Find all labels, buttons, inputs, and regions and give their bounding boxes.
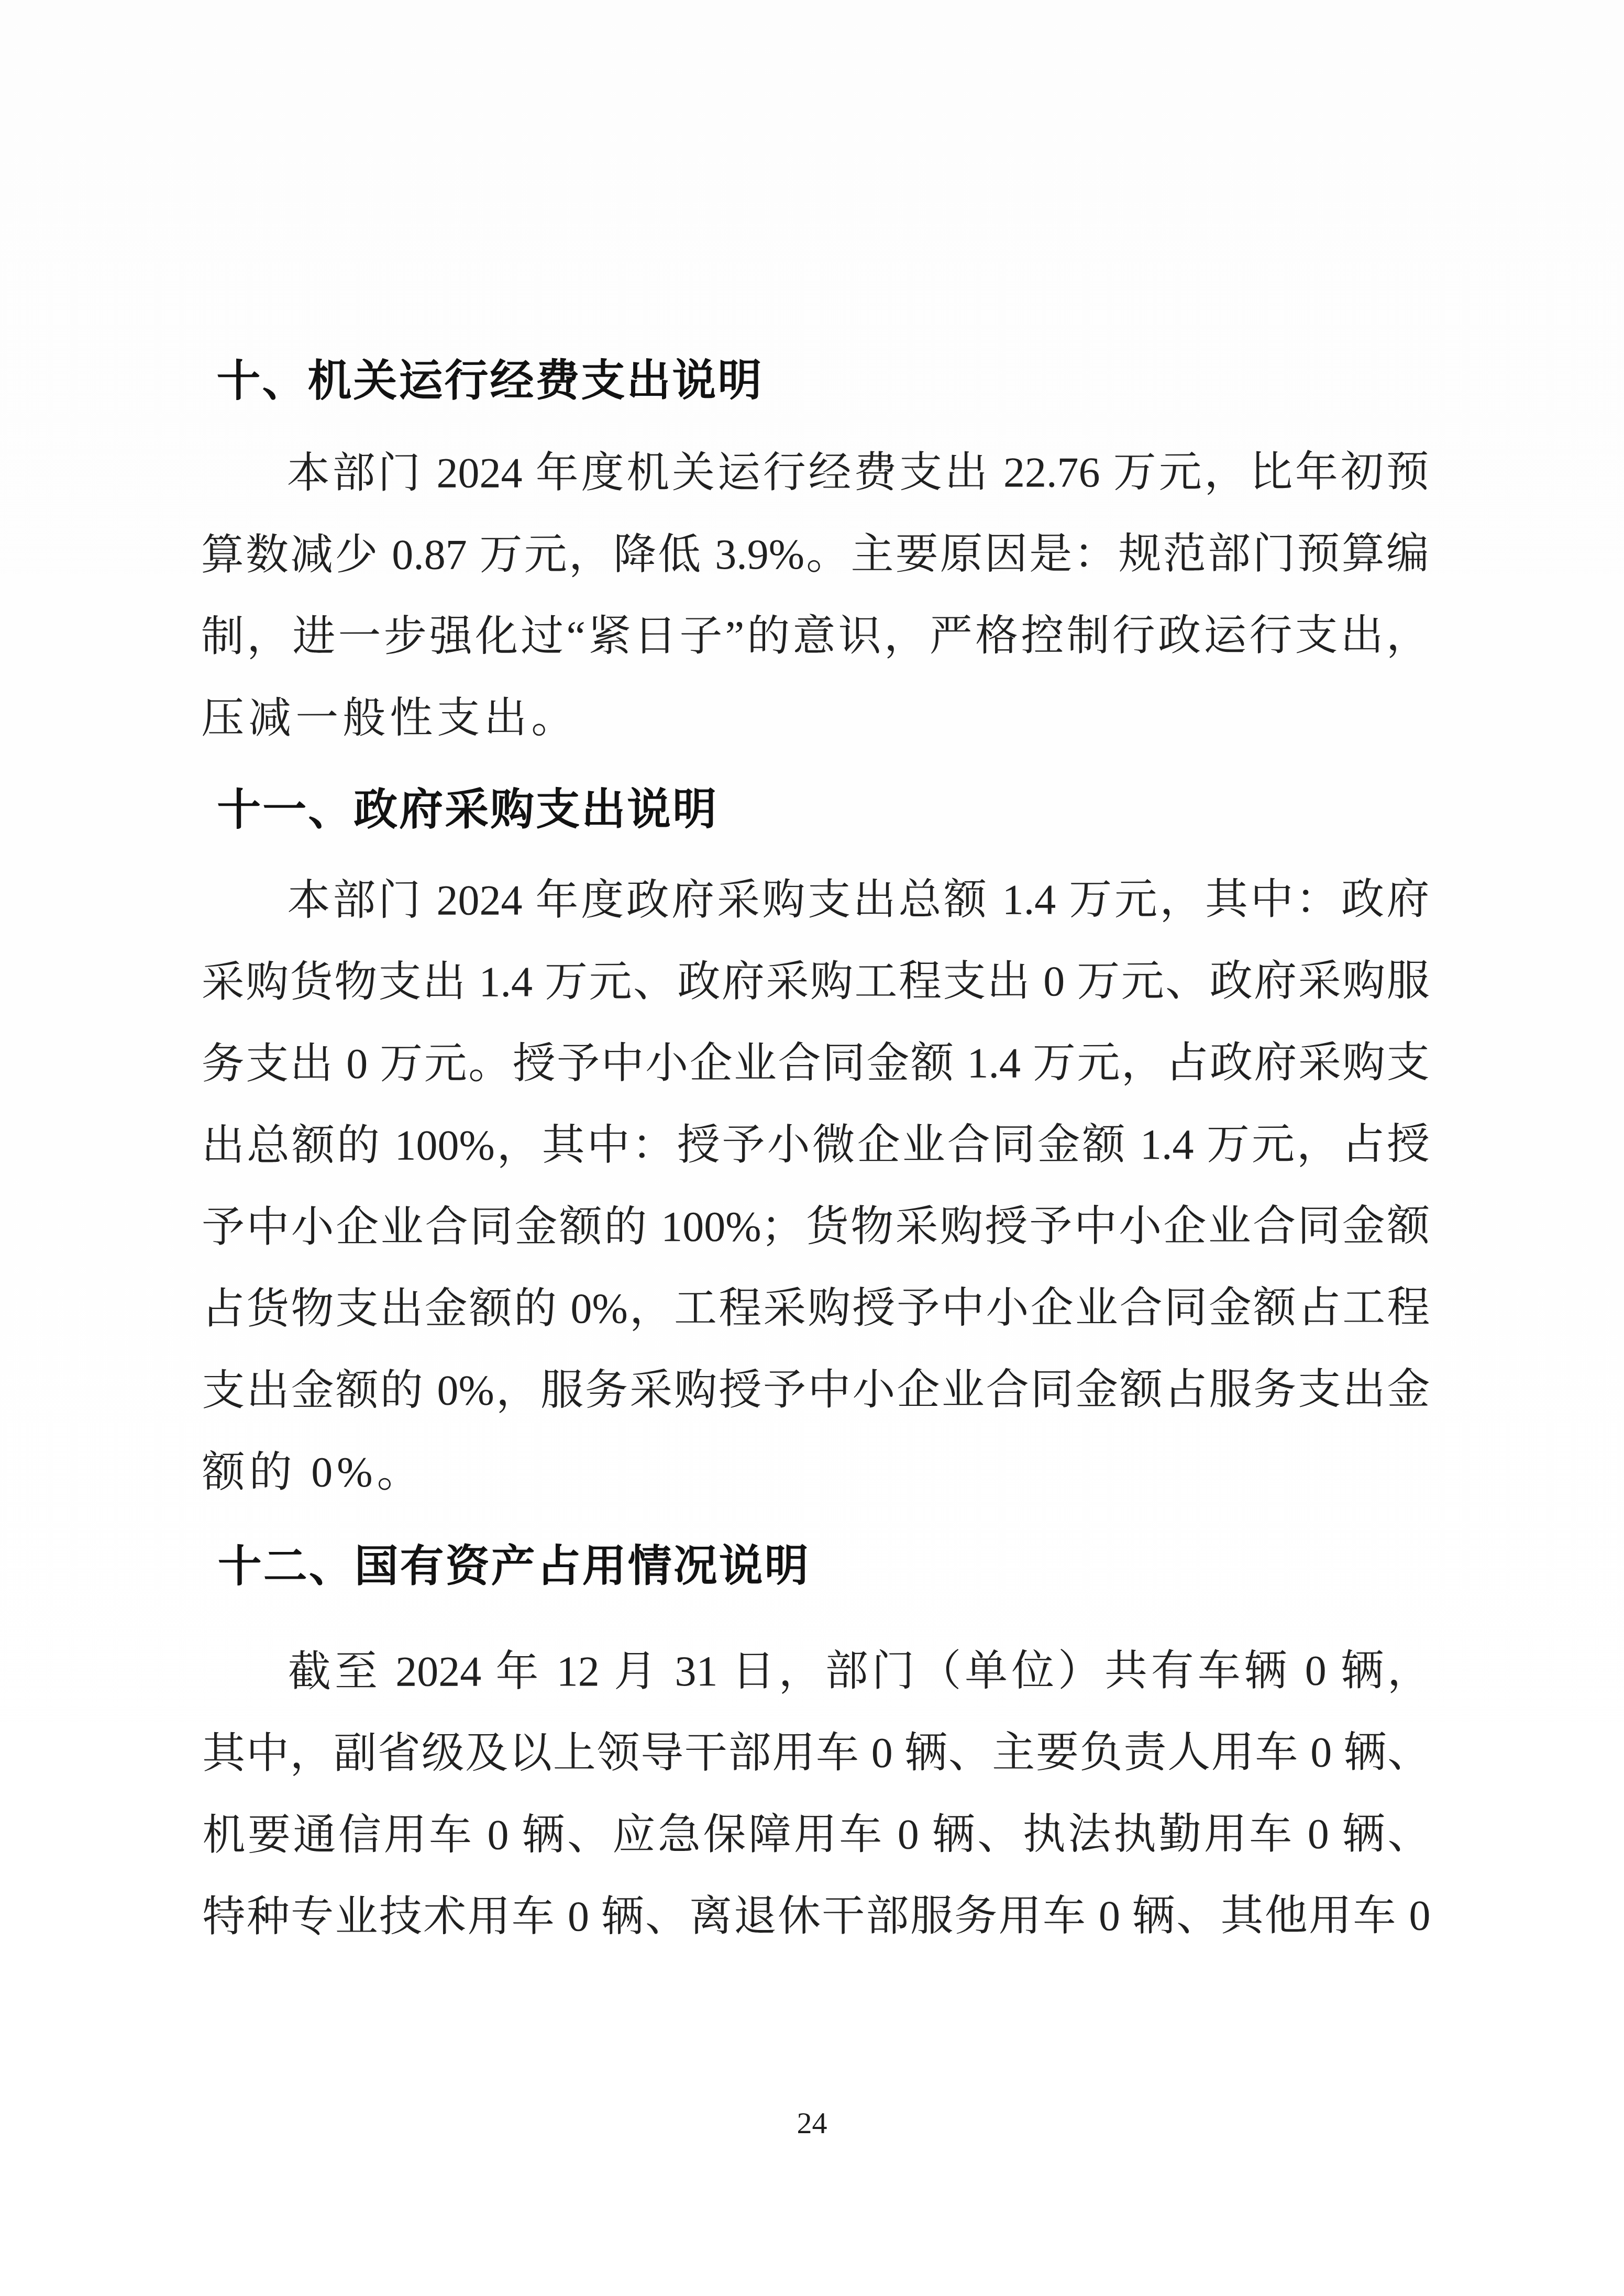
paragraph-line: 机要通信用车 0 辆、应急保障用车 0 辆、执法执勤用车 0 辆、	[202, 1793, 1430, 1876]
paragraph-line: 截至 2024 年 12 月 31 日，部门（单位）共有车辆 0 辆，	[202, 1630, 1430, 1713]
page-content: 十、机关运行经费支出说明 本部门 2024 年度机关运行经费支出 22.76 万…	[201, 0, 1431, 2296]
section-12-paragraph: 截至 2024 年 12 月 31 日，部门（单位）共有车辆 0 辆， 其中，副…	[202, 1630, 1431, 1958]
paragraph-line: 本部门 2024 年度机关运行经费支出 22.76 万元，比年初预	[201, 431, 1429, 514]
paragraph-line: 采购货物支出 1.4 万元、政府采购工程支出 0 万元、政府采购服	[202, 940, 1430, 1023]
paragraph-line: 占货物支出金额的 0%，工程采购授予中小企业合同金额占工程	[202, 1267, 1430, 1350]
section-heading-11: 十一、政府采购支出说明	[201, 768, 1429, 850]
paragraph-line: 出总额的 100%，其中：授予小微企业合同金额 1.4 万元，占授	[202, 1104, 1430, 1186]
paragraph-line: 支出金额的 0%，服务采购授予中小企业合同金额占服务支出金	[202, 1349, 1430, 1432]
section-11-paragraph: 本部门 2024 年度政府采购支出总额 1.4 万元，其中：政府 采购货物支出 …	[201, 859, 1430, 1513]
paragraph-line: 特种专业技术用车 0 辆、离退休干部服务用车 0 辆、其他用车 0	[202, 1875, 1430, 1958]
section-10-paragraph: 本部门 2024 年度机关运行经费支出 22.76 万元，比年初预 算数减少 0…	[201, 431, 1430, 759]
section-heading-10: 十、机关运行经费支出说明	[201, 339, 1429, 422]
page-number: 24	[0, 2099, 1624, 2148]
scanned-document-page: 十、机关运行经费支出说明 本部门 2024 年度机关运行经费支出 22.76 万…	[0, 0, 1624, 2296]
paragraph-line: 制，进一步强化过“紧日子”的意识，严格控制行政运行支出，	[201, 595, 1429, 678]
section-heading-12: 十二、国有资产占用情况说明	[202, 1524, 1430, 1607]
paragraph-line: 予中小企业合同金额的 100%；货物采购授予中小企业合同金额	[202, 1185, 1430, 1268]
paragraph-line: 额的 0%。	[202, 1430, 1430, 1513]
paragraph-line: 务支出 0 万元。授予中小企业合同金额 1.4 万元，占政府采购支	[202, 1022, 1430, 1105]
paragraph-line: 算数减少 0.87 万元，降低 3.9%。主要原因是：规范部门预算编	[201, 513, 1429, 596]
paragraph-line: 本部门 2024 年度政府采购支出总额 1.4 万元，其中：政府	[201, 859, 1429, 941]
paragraph-line: 压减一般性支出。	[201, 676, 1429, 759]
paragraph-line: 其中，副省级及以上领导干部用车 0 辆、主要负责人用车 0 辆、	[202, 1712, 1430, 1794]
